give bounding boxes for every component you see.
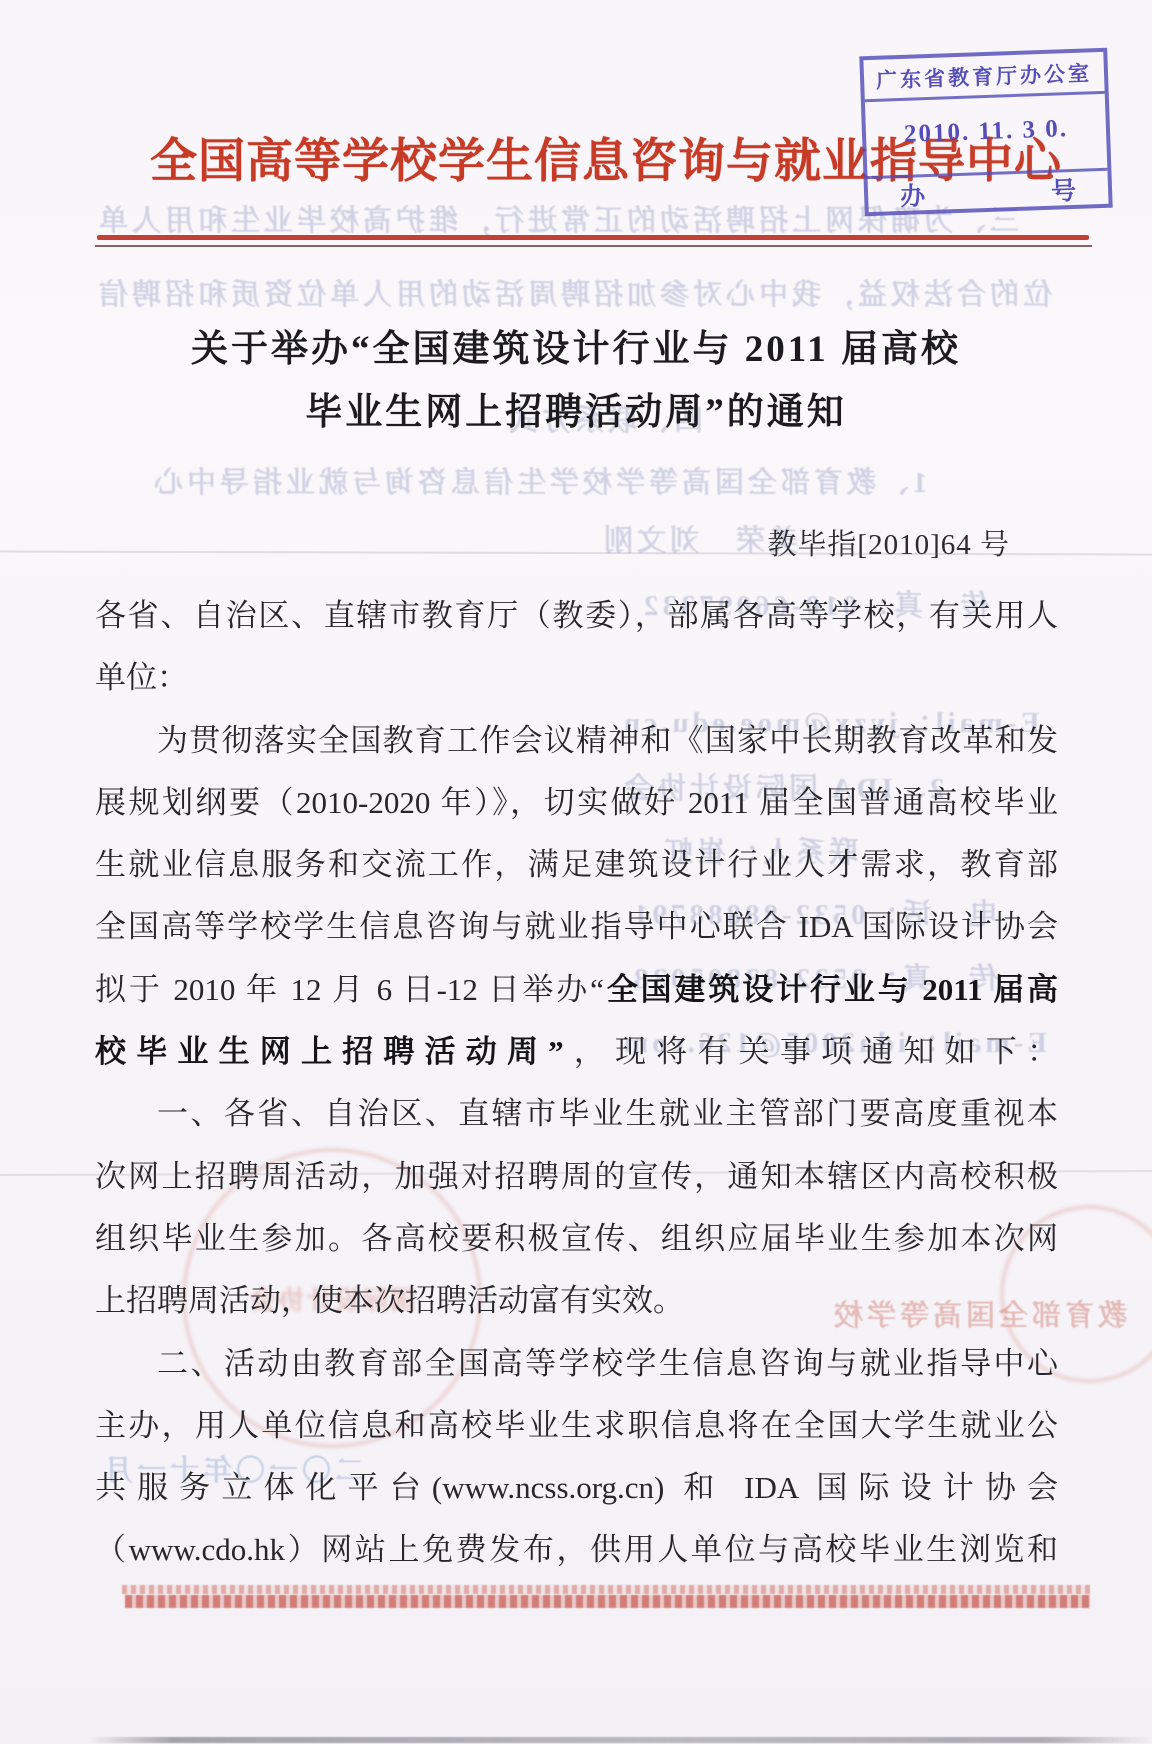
stamp-office-name: 广东省教育厅办公室 xyxy=(863,52,1104,102)
document-title: 关于举办“全国建筑设计行业与 2011 届高校 毕业生网上招聘活动周”的通知 xyxy=(0,318,1152,444)
body-line: 二、活动由教育部全国高等学校学生信息咨询与就业指导中心 xyxy=(95,1333,1058,1395)
body-line: 拟于 2010 年 12 月 6 日-12 日举办“全国建筑设计行业与 2011… xyxy=(95,959,1058,1021)
bleed-line: 1、教育部全国高等学校学生信息咨询与就业指导中心 xyxy=(150,460,928,501)
body-line: 展规划纲要（2010-2020 年）》，切实做好 2011 届全国普通高校毕业 xyxy=(95,772,1058,834)
body-line: 组织毕业生参加。各高校要积极宣传、组织应届毕业生参加本次网 xyxy=(95,1208,1058,1270)
body-line: 共服务立体化平台(www.ncss.org.cn) 和 IDA 国际设计协会 xyxy=(95,1457,1058,1519)
body-line: 单位： xyxy=(95,647,1058,709)
scan-bottom-edge xyxy=(88,1737,1152,1743)
document-body: 各省、自治区、直辖市教育厅（教委），部属各高等学校，有关用人 单位： 为贯彻落实… xyxy=(95,585,1058,1582)
bleed-line: 位的合法权益，我中心对参加招聘周活动的用人单位资质和招聘信 xyxy=(95,272,1052,313)
receipt-stamp: 广东省教育厅办公室 2010. 11. 3 0. 办 号 xyxy=(859,48,1112,217)
scanned-notice-page: 三、为确保网上招聘活动的正常进行，维护高校毕业生和用人单 位的合法权益，我中心对… xyxy=(0,0,1152,1744)
document-number: 教毕指[2010]64 号 xyxy=(95,522,1010,563)
bleed-red-rule-band xyxy=(125,1595,1090,1608)
letterhead-rule-thin xyxy=(95,245,1092,247)
body-line: （www.cdo.hk）网站上免费发布，供用人单位与高校毕业生浏览和 xyxy=(95,1519,1058,1581)
body-line: 生就业信息服务和交流工作，满足建筑设计行业人才需求，教育部 xyxy=(95,834,1058,896)
body-line: 校毕业生网上招聘活动周”，现将有关事项通知如下： xyxy=(95,1021,1058,1083)
body-line: 全国高等学校学生信息咨询与就业指导中心联合 IDA 国际设计协会 xyxy=(95,896,1058,958)
body-line: 上招聘周活动，使本次招聘活动富有实效。 xyxy=(95,1270,1058,1332)
letterhead-rule-thick xyxy=(97,235,1089,240)
stamp-date: 2010. 11. 3 0. xyxy=(866,114,1107,150)
stamp-bottom-row: 办 号 xyxy=(867,168,1108,212)
document-title-line2: 毕业生网上招聘活动周”的通知 xyxy=(0,381,1152,444)
body-line: 一、各省、自治区、直辖市毕业生就业主管部门要高度重视本 xyxy=(95,1083,1058,1145)
body-line: 为贯彻落实全国教育工作会议精神和《国家中长期教育改革和发 xyxy=(95,710,1058,772)
stamp-hao-label: 号 xyxy=(1050,170,1076,207)
bleed-red-rule-band xyxy=(122,1585,1090,1594)
body-line: 主办，用人单位信息和高校毕业生求职信息将在全国大学生就业公 xyxy=(95,1395,1058,1457)
body-line: 次网上招聘周活动，加强对招聘周的宣传，通知本辖区内高校积极 xyxy=(95,1146,1058,1208)
body-line: 各省、自治区、直辖市教育厅（教委），部属各高等学校，有关用人 xyxy=(95,585,1058,647)
stamp-ban-label: 办 xyxy=(900,176,926,213)
document-title-line1: 关于举办“全国建筑设计行业与 2011 届高校 xyxy=(0,318,1152,381)
